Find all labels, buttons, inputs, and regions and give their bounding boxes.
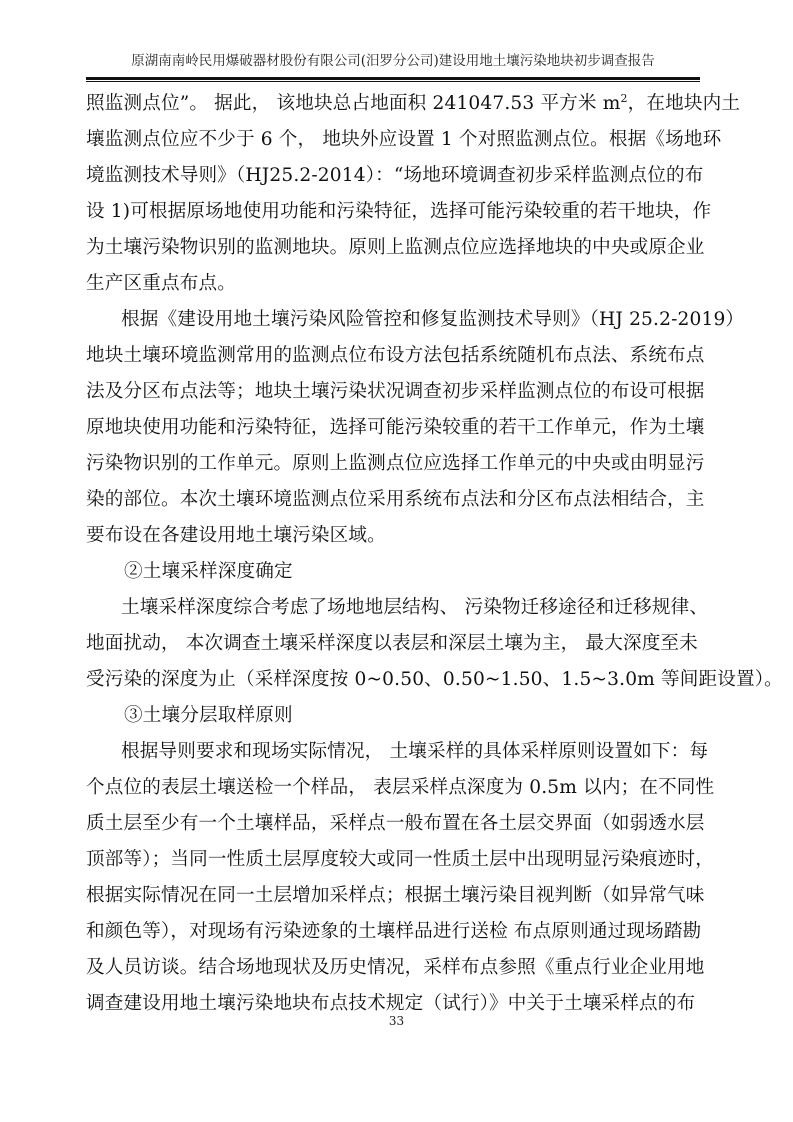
text-line: 受污染的深度为止（采样深度按 0~0.50、0.50~1.50、1.5~3.0m… — [86, 662, 706, 698]
text-line: 壤监测点位应不少于 6 个， 地块外应设置 1 个对照监测点位。根据《场地环 — [86, 122, 706, 158]
section-heading-layered-sampling: ③土壤分层取样原则 — [86, 698, 706, 734]
text-segment: ，在地块内土 — [628, 93, 740, 114]
text-line: 法及分区布点法等；地块土壤污染状况调查初步采样监测点位的布设可根据 — [86, 374, 706, 410]
text-line: 及人员访谈。结合场地现状及历史情况，采样布点参照《重点行业企业用地 — [86, 950, 706, 986]
header-rule-thin — [86, 81, 700, 82]
text-line: 生产区重点布点。 — [86, 266, 706, 302]
text-line: 根据实际情况在同一土层增加采样点；根据土壤污染目视判断（如异常气味 — [86, 878, 706, 914]
text-line: 顶部等）；当同一性质土层厚度较大或同一性质土层中出现明显污染痕迹时， — [86, 842, 706, 878]
text-line: 原地块使用功能和污染特征，选择可能污染较重的若干工作单元，作为土壤 — [86, 410, 706, 446]
text-segment: 照监测点位”。 据此， 该地块总占地面积 241047.53 平方米 m — [86, 93, 621, 114]
text-line: 照监测点位”。 据此， 该地块总占地面积 241047.53 平方米 m2，在地… — [86, 86, 706, 122]
text-line: 设 1)可根据原场地使用功能和污染特征，选择可能污染较重的若干地块，作 — [86, 194, 706, 230]
section-heading-sampling-depth: ②土壤采样深度确定 — [86, 554, 706, 590]
text-line: 个点位的表层土壤送检一个样品， 表层采样点深度为 0.5m 以内；在不同性 — [86, 770, 706, 806]
text-line: 污染物识别的工作单元。原则上监测点位应选择工作单元的中央或由明显污 — [86, 446, 706, 482]
document-body: 照监测点位”。 据此， 该地块总占地面积 241047.53 平方米 m2，在地… — [86, 86, 706, 1022]
page-number: 33 — [0, 1014, 793, 1028]
text-line: 质土层至少有一个土壤样品，采样点一般布置在各土层交界面（如弱透水层 — [86, 806, 706, 842]
text-line: 为土壤污染物识别的监测地块。原则上监测点位应选择地块的中央或原企业 — [86, 230, 706, 266]
text-line: 地面扰动， 本次调查土壤采样深度以表层和深层土壤为主， 最大深度至未 — [86, 626, 706, 662]
paragraph-start-line: 土壤采样深度综合考虑了场地地层结构、 污染物迁移途径和迁移规律、 — [86, 590, 706, 626]
superscript: 2 — [621, 92, 628, 105]
text-line: 境监测技术导则》（HJ25.2-2014）：“场地环境调查初步采样监测点位的布 — [86, 158, 706, 194]
header-divider — [86, 77, 700, 83]
text-line: 地块土壤环境监测常用的监测点位布设方法包括系统随机布点法、系统布点 — [86, 338, 706, 374]
page-header-title: 原湖南南岭民用爆破器材股份有限公司(汨罗分公司)建设用地土壤污染地块初步调查报告 — [86, 52, 700, 70]
text-line: 和颜色等），对现场有污染迹象的土壤样品进行送检 布点原则通过现场踏勘 — [86, 914, 706, 950]
paragraph-start-line: 根据《建设用地土壤污染风险管控和修复监测技术导则》（HJ 25.2-2019） — [86, 302, 706, 338]
header-rule-thick — [86, 77, 700, 80]
text-line: 染的部位。本次土壤环境监测点位采用系统布点法和分区布点法相结合，主 — [86, 482, 706, 518]
paragraph-start-line: 根据导则要求和现场实际情况， 土壤采样的具体采样原则设置如下：每 — [86, 734, 706, 770]
text-line: 要布设在各建设用地土壤污染区域。 — [86, 518, 706, 554]
